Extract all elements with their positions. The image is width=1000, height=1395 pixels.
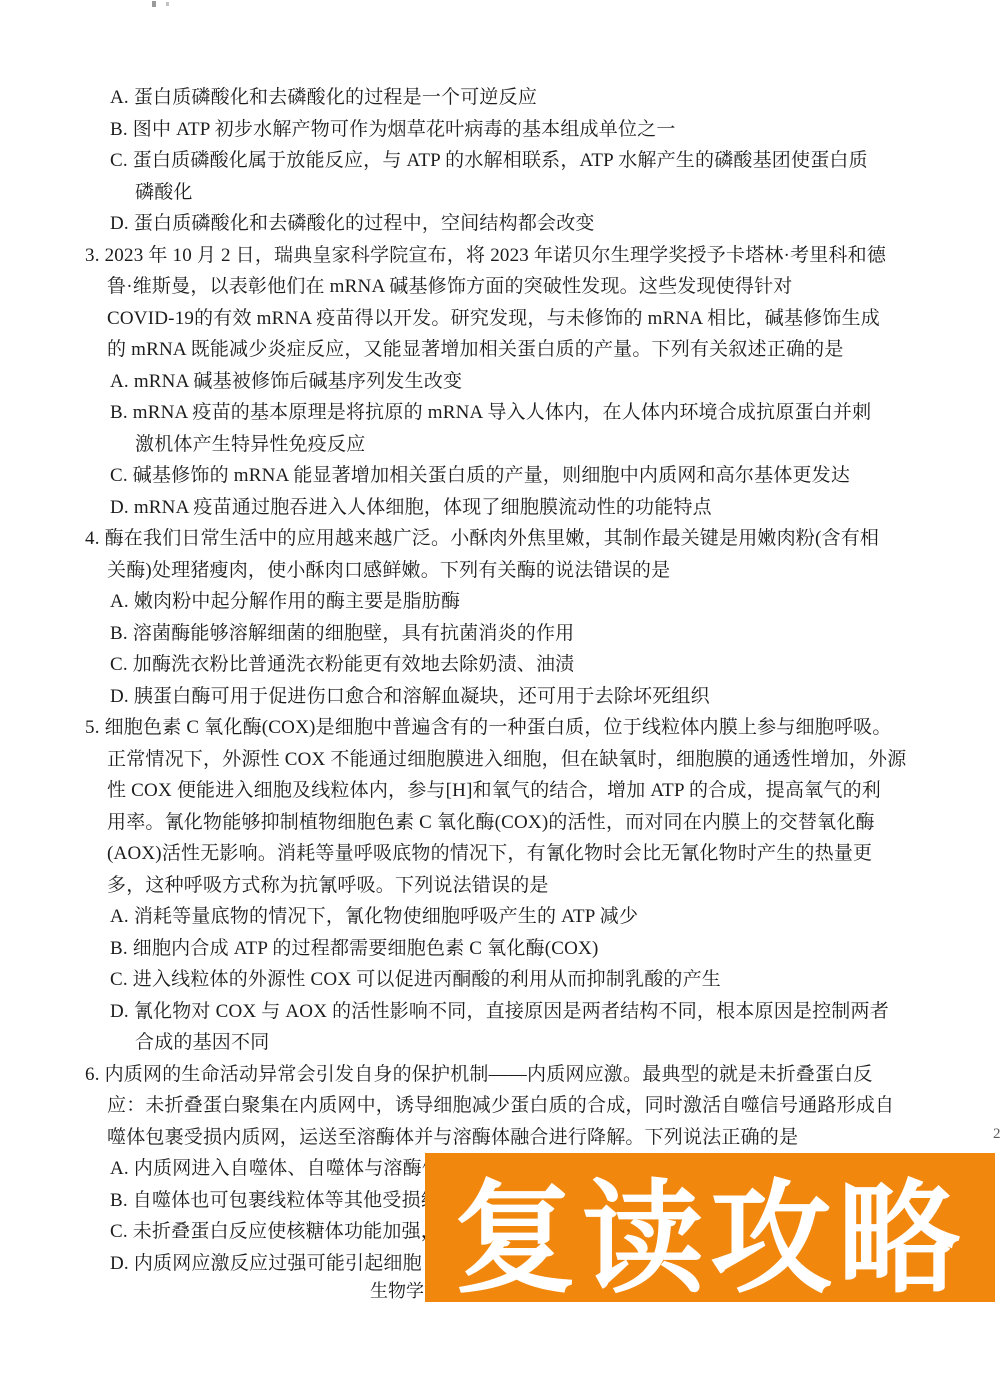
text-line: 5. 细胞色素 C 氧化酶(COX)是细胞中普遍含有的一种蛋白质，位于线粒体内膜… (85, 712, 930, 744)
text-lines: A. 蛋白质磷酸化和去磷酸化的过程是一个可逆反应B. 图中 ATP 初步水解产物… (85, 82, 930, 1279)
text-line: B. mRNA 疫苗的基本原理是将抗原的 mRNA 导入人体内，在人体内环境合成… (85, 397, 930, 429)
text-line: 合成的基因不同 (85, 1027, 930, 1059)
watermark-text: 复读攻略 (454, 1174, 966, 1302)
text-line: A. 蛋白质磷酸化和去磷酸化的过程是一个可逆反应 (85, 82, 930, 114)
text-line: B. 溶菌酶能够溶解细菌的细胞壁，具有抗菌消炎的作用 (85, 618, 930, 650)
text-line: 性 COX 便能进入细胞及线粒体内，参与[H]和氧气的结合，增加 ATP 的合成… (85, 775, 930, 807)
watermark-banner: 复读攻略 (425, 1153, 995, 1302)
scan-speck (152, 1, 156, 7)
text-line: 用率。氰化物能够抑制植物细胞色素 C 氧化酶(COX)的活性，而对同在内膜上的交… (85, 807, 930, 839)
text-line: 4. 酶在我们日常生活中的应用越来越广泛。小酥肉外焦里嫩，其制作最关键是用嫩肉粉… (85, 523, 930, 555)
text-line: C. 碱基修饰的 mRNA 能显著增加相关蛋白质的产量，则细胞中内质网和高尔基体… (85, 460, 930, 492)
text-line: A. 嫩肉粉中起分解作用的酶主要是脂肪酶 (85, 586, 930, 618)
text-line: 正常情况下，外源性 COX 不能通过细胞膜进入细胞，但在缺氧时，细胞膜的通透性增… (85, 744, 930, 776)
text-line: 的 mRNA 既能减少炎症反应，又能显著增加相关蛋白质的产量。下列有关叙述正确的… (85, 334, 930, 366)
text-line: D. 氰化物对 COX 与 AOX 的活性影响不同，直接原因是两者结构不同，根本… (85, 996, 930, 1028)
text-line: D. 胰蛋白酶可用于促进伤口愈合和溶解血凝块，还可用于去除坏死组织 (85, 681, 930, 713)
text-line: (AOX)活性无影响。消耗等量呼吸底物的情况下，有氰化物时会比无氰化物时产生的热… (85, 838, 930, 870)
text-line: COVID-19的有效 mRNA 疫苗得以开发。研究发现，与未修饰的 mRNA … (85, 303, 930, 335)
exam-page: A. 蛋白质磷酸化和去磷酸化的过程是一个可逆反应B. 图中 ATP 初步水解产物… (0, 0, 1000, 1395)
text-line: C. 蛋白质磷酸化属于放能反应，与 ATP 的水解相联系，ATP 水解产生的磷酸… (85, 145, 930, 177)
text-line: D. mRNA 疫苗通过胞吞进入人体细胞，体现了细胞膜流动性的功能特点 (85, 492, 930, 524)
text-line: B. 图中 ATP 初步水解产物可作为烟草花叶病毒的基本组成单位之一 (85, 114, 930, 146)
text-line: B. 细胞内合成 ATP 的过程都需要细胞色素 C 氧化酶(COX) (85, 933, 930, 965)
text-line: C. 加酶洗衣粉比普通洗衣粉能更有效地去除奶渍、油渍 (85, 649, 930, 681)
text-line: 激机体产生特异性免疫反应 (85, 429, 930, 461)
text-line: 3. 2023 年 10 月 2 日，瑞典皇家科学院宣布，将 2023 年诺贝尔… (85, 240, 930, 272)
text-line: 多，这种呼吸方式称为抗氰呼吸。下列说法错误的是 (85, 870, 930, 902)
scan-speck (166, 2, 169, 6)
text-line: D. 蛋白质磷酸化和去磷酸化的过程中，空间结构都会改变 (85, 208, 930, 240)
text-line: C. 进入线粒体的外源性 COX 可以促进丙酮酸的利用从而抑制乳酸的产生 (85, 964, 930, 996)
text-line: 应：未折叠蛋白聚集在内质网中，诱导细胞减少蛋白质的合成，同时激活自噬信号通路形成… (85, 1090, 930, 1122)
margin-page-number: 2 (993, 1126, 1000, 1144)
text-line: A. mRNA 碱基被修饰后碱基序列发生改变 (85, 366, 930, 398)
text-line: A. 消耗等量底物的情况下，氰化物使细胞呼吸产生的 ATP 减少 (85, 901, 930, 933)
text-line: 6. 内质网的生命活动异常会引发自身的保护机制——内质网应激。最典型的就是未折叠… (85, 1059, 930, 1091)
text-line: 鲁·维斯曼，以表彰他们在 mRNA 碱基修饰方面的突破性发现。这些发现使得针对 (85, 271, 930, 303)
text-line: 磷酸化 (85, 177, 930, 209)
text-line: 噬体包裹受损内质网，运送至溶酶体并与溶酶体融合进行降解。下列说法正确的是 (85, 1122, 930, 1154)
text-line: 关酶)处理猪瘦肉，使小酥肉口感鲜嫩。下列有关酶的说法错误的是 (85, 555, 930, 587)
